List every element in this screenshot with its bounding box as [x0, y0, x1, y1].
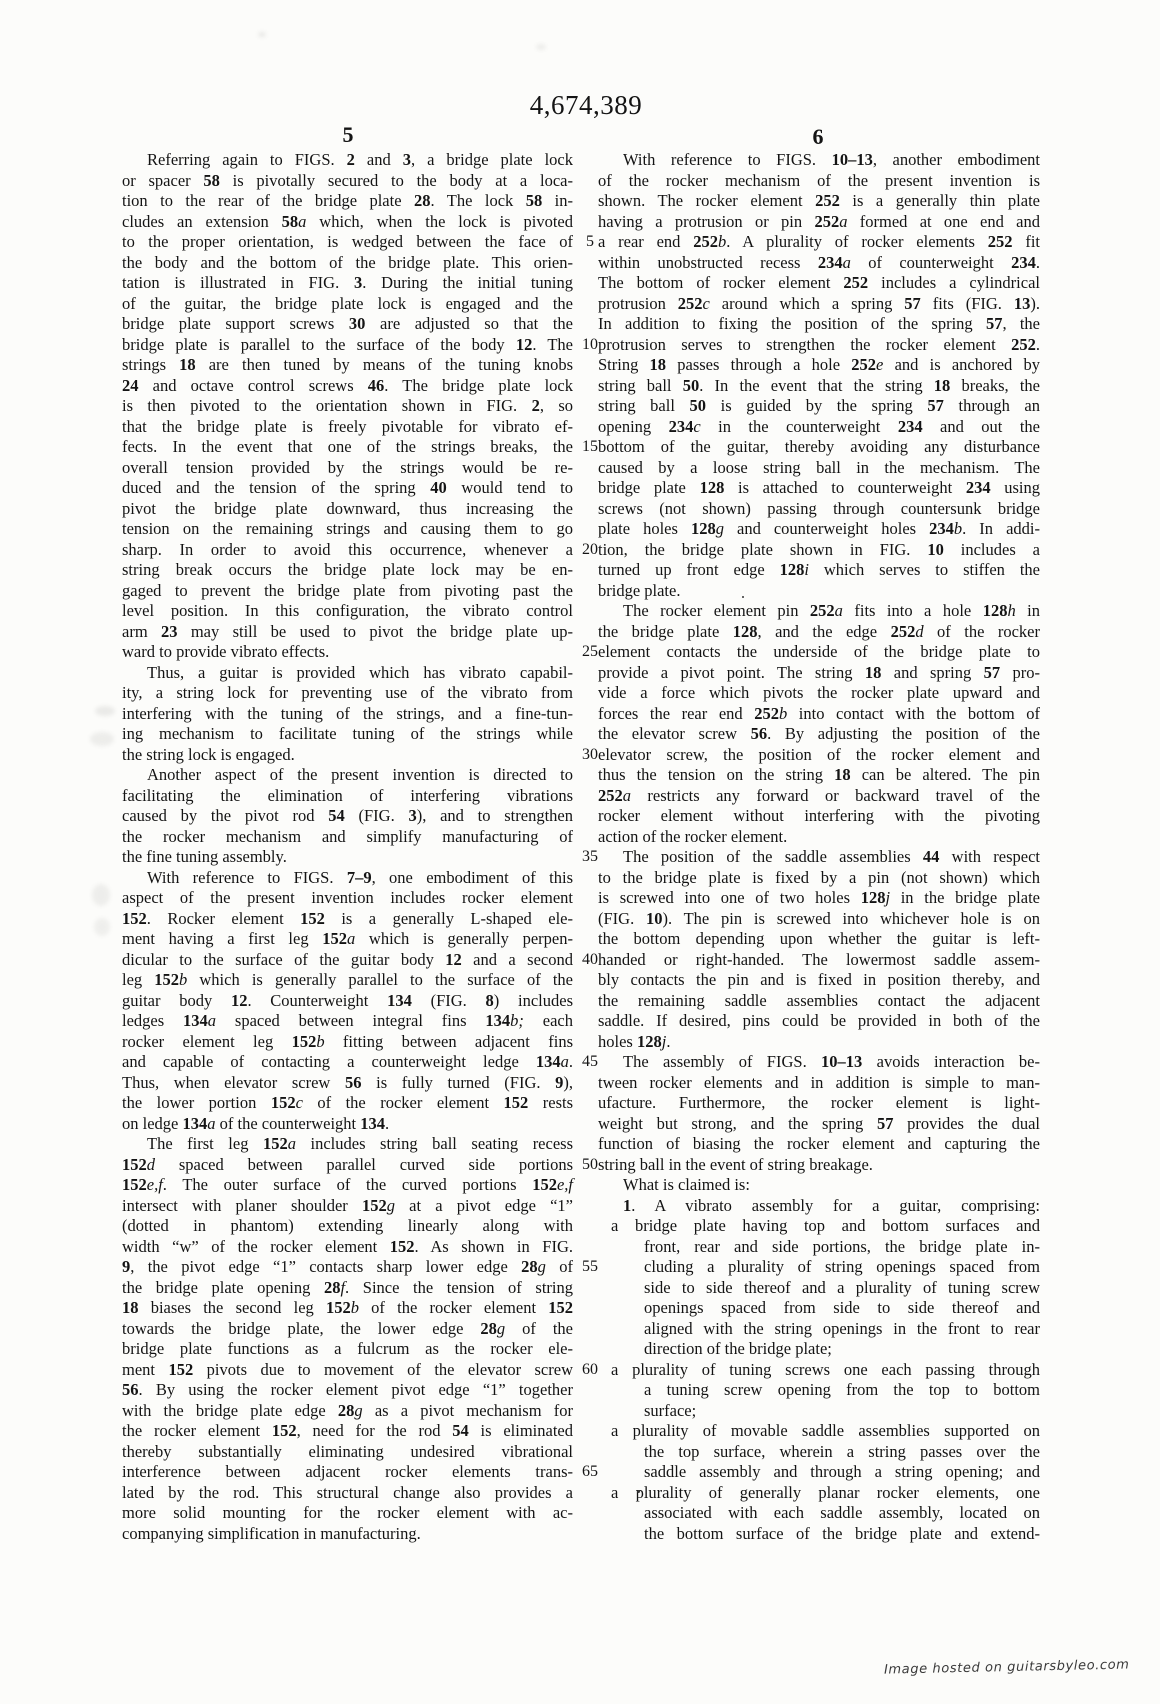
text-line: string ball in the event of string break… — [598, 1155, 1040, 1176]
text-line: gaged to prevent the bridge plate from p… — [122, 581, 573, 602]
text-line: on ledge 134a of the counterweight 134. — [122, 1114, 573, 1135]
text-line: the bridge plate opening 28f. Since the … — [122, 1278, 573, 1299]
text-line: (FIG. 10). The pin is screwed into which… — [598, 909, 1040, 930]
text-line: guitar body 12. Counterweight 134 (FIG. … — [122, 991, 573, 1012]
text-line: plate holes 128g and counterweight holes… — [598, 519, 1040, 540]
text-column-right: With reference to FIGS. 10–13, another e… — [598, 150, 1040, 1544]
text-line: 24 and octave control screws 46. The bri… — [122, 376, 573, 397]
scan-smudge — [95, 706, 115, 716]
text-line: function of biasing the rocker element a… — [598, 1134, 1040, 1155]
scan-smudge — [94, 918, 110, 936]
text-line: level position. In this configuration, t… — [122, 601, 573, 622]
scan-smudge — [258, 32, 266, 37]
text-line: of the guitar, the bridge plate lock is … — [122, 294, 573, 315]
text-line: bridge plate is parallel to the surface … — [122, 335, 573, 356]
text-line: the body and the bottom of the bridge pl… — [122, 253, 573, 274]
scan-smudge — [536, 44, 546, 50]
text-line: a plurality of movable saddle assemblies… — [598, 1421, 1040, 1442]
text-line: a plurality of tuning screws one each pa… — [598, 1360, 1040, 1381]
text-line: The rocker element pin 252a fits into a … — [598, 601, 1040, 622]
text-line: action of the rocker element. — [598, 827, 1040, 848]
text-line: rocker element without interfering with … — [598, 806, 1040, 827]
text-line: cludes an extension 58a which, when the … — [122, 212, 573, 233]
text-line: caused by a loose string ball in the mec… — [598, 458, 1040, 479]
text-line: the bottom depending upon whether the gu… — [598, 929, 1040, 950]
text-line: opening 234c in the counterweight 234 an… — [598, 417, 1040, 438]
text-line: the lower portion 152c of the rocker ele… — [122, 1093, 573, 1114]
text-line: surface; — [598, 1401, 1040, 1422]
text-line: sharp. In order to avoid this occurrence… — [122, 540, 573, 561]
text-line: bly contacts the pin and is fixed in pos… — [598, 970, 1040, 991]
text-line: the string lock is engaged. — [122, 745, 573, 766]
text-line: is screwed into one of two holes 128j in… — [598, 888, 1040, 909]
text-line: the top surface, wherein a string passes… — [598, 1442, 1040, 1463]
text-line: element contacts the underside of the br… — [598, 642, 1040, 663]
scan-smudge — [92, 884, 110, 906]
text-line: protrusion serves to strengthen the rock… — [598, 335, 1040, 356]
text-line: the remaining saddle assemblies contact … — [598, 991, 1040, 1012]
text-line: direction of the bridge plate; — [598, 1339, 1040, 1360]
text-line: a bridge plate having top and bottom sur… — [598, 1216, 1040, 1237]
text-line: thereby substantially eliminating undesi… — [122, 1442, 573, 1463]
text-line: the bridge plate 128, and the edge 252d … — [598, 622, 1040, 643]
text-line: Thus, when elevator screw 56 is fully tu… — [122, 1073, 573, 1094]
text-line: saddle. If desired, pins could be provid… — [598, 1011, 1040, 1032]
text-line: tation is illustrated in FIG. 3. During … — [122, 273, 573, 294]
text-line: Thus, a guitar is provided which has vib… — [122, 663, 573, 684]
text-line: weight but strong, and the spring 57 pro… — [598, 1114, 1040, 1135]
text-line: associated with each saddle assembly, lo… — [598, 1503, 1040, 1524]
scan-smudge — [90, 732, 114, 746]
text-line: strings 18 are then tuned by means of th… — [122, 355, 573, 376]
text-line: protrusion 252c around which a spring 57… — [598, 294, 1040, 315]
text-line: is then pivoted to the orientation shown… — [122, 396, 573, 417]
text-line: ment 152 pivots due to movement of the e… — [122, 1360, 573, 1381]
text-line: aligned with the string openings in the … — [598, 1319, 1040, 1340]
text-line: elevator screw, the position of the rock… — [598, 745, 1040, 766]
text-line: aspect of the present invention includes… — [122, 888, 573, 909]
text-line: provide a pivot point. The string 18 and… — [598, 663, 1040, 684]
text-line: 152d spaced between parallel curved side… — [122, 1155, 573, 1176]
stray-dot — [742, 596, 744, 598]
text-line: 252a restricts any forward or backward t… — [598, 786, 1040, 807]
text-line: 18 biases the second leg 152b of the roc… — [122, 1298, 573, 1319]
text-line: arm 23 may still be used to pivot the br… — [122, 622, 573, 643]
text-line: The assembly of FIGS. 10–13 avoids inter… — [598, 1052, 1040, 1073]
text-line: towards the bridge plate, the lower edge… — [122, 1319, 573, 1340]
text-line: thus the tension on the string 18 can be… — [598, 765, 1040, 786]
text-line: ledges 134a spaced between integral fins… — [122, 1011, 573, 1032]
text-line: duced and the tension of the spring 40 w… — [122, 478, 573, 499]
text-line: In addition to fixing the position of th… — [598, 314, 1040, 335]
text-line: interfering with the tuning of the strin… — [122, 704, 573, 725]
text-line: or spacer 58 is pivotally secured to the… — [122, 171, 573, 192]
text-line: The position of the saddle assemblies 44… — [598, 847, 1040, 868]
text-line: interference between adjacent rocker ele… — [122, 1462, 573, 1483]
text-line: string ball 50. In the event that the st… — [598, 376, 1040, 397]
text-line: leg 152b which is generally parallel to … — [122, 970, 573, 991]
text-line: With reference to FIGS. 10–13, another e… — [598, 150, 1040, 171]
text-line: facilitating the elimination of interfer… — [122, 786, 573, 807]
text-line: having a protrusion or pin 252a formed a… — [598, 212, 1040, 233]
text-line: forces the rear end 252b into contact wi… — [598, 704, 1040, 725]
text-line: of the rocker mechanism of the present i… — [598, 171, 1040, 192]
text-line: a rear end 252b. A plurality of rocker e… — [598, 232, 1040, 253]
text-line: tween rocker elements and in addition is… — [598, 1073, 1040, 1094]
text-line: vide a force which pivots the rocker pla… — [598, 683, 1040, 704]
text-line: 1. A vibrato assembly for a guitar, comp… — [598, 1196, 1040, 1217]
text-line: (dotted in phantom) extending linearly a… — [122, 1216, 573, 1237]
text-line: a tuning screw opening from the top to b… — [598, 1380, 1040, 1401]
text-line: bridge plate. — [598, 581, 1040, 602]
text-line: side to side thereof and a plurality of … — [598, 1278, 1040, 1299]
text-line: pivot the bridge plate downward, thus in… — [122, 499, 573, 520]
text-line: the fine tuning assembly. — [122, 847, 573, 868]
text-line: holes 128j. — [598, 1032, 1040, 1053]
text-line: ing mechanism to facilitate tuning of th… — [122, 724, 573, 745]
text-line: 56. By using the rocker element pivot ed… — [122, 1380, 573, 1401]
text-line: String 18 passes through a hole 252e and… — [598, 355, 1040, 376]
text-line: intersect with planer shoulder 152g at a… — [122, 1196, 573, 1217]
text-line: dicular to the surface of the guitar bod… — [122, 950, 573, 971]
text-line: caused by the pivot rod 54 (FIG. 3), and… — [122, 806, 573, 827]
text-line: Another aspect of the present invention … — [122, 765, 573, 786]
column-number-left: 5 — [343, 122, 354, 148]
text-line: overall tension provided by the strings … — [122, 458, 573, 479]
text-line: With reference to FIGS. 7–9, one embodim… — [122, 868, 573, 889]
text-line: the rocker mechanism and simplify manufa… — [122, 827, 573, 848]
text-line: and capable of contacting a counterweigh… — [122, 1052, 573, 1073]
text-line: tion to the rear of the bridge plate 28.… — [122, 191, 573, 212]
text-line: screws (not shown) passing through count… — [598, 499, 1040, 520]
text-line: shown. The rocker element 252 is a gener… — [598, 191, 1040, 212]
text-line: tension on the remaining strings and cau… — [122, 519, 573, 540]
text-line: with the bridge plate edge 28g as a pivo… — [122, 1401, 573, 1422]
text-line: The first leg 152a includes string ball … — [122, 1134, 573, 1155]
text-line: Referring again to FIGS. 2 and 3, a brid… — [122, 150, 573, 171]
patent-number: 4,674,389 — [530, 90, 643, 121]
text-line: openings spaced from side to side thereo… — [598, 1298, 1040, 1319]
text-line: 152e,f. The outer surface of the curved … — [122, 1175, 573, 1196]
text-line: front, rear and side portions, the bridg… — [598, 1237, 1040, 1258]
text-line: ment having a first leg 152a which is ge… — [122, 929, 573, 950]
text-line: a plurality of generally planar rocker e… — [598, 1483, 1040, 1504]
text-line: What is claimed is: — [598, 1175, 1040, 1196]
text-line: that the bridge plate is freely pivotabl… — [122, 417, 573, 438]
watermark: Image hosted on guitarsbyleo.com — [884, 1657, 1134, 1677]
text-line: the bottom surface of the bridge plate a… — [598, 1524, 1040, 1545]
text-line: ward to provide vibrato effects. — [122, 642, 573, 663]
text-line: string ball 50 is guided by the spring 5… — [598, 396, 1040, 417]
text-line: the rocker element 152, need for the rod… — [122, 1421, 573, 1442]
text-line: ufacture. Furthermore, the rocker elemen… — [598, 1093, 1040, 1114]
text-line: bridge plate 128 is attached to counterw… — [598, 478, 1040, 499]
text-line: lated by the rod. This structural change… — [122, 1483, 573, 1504]
text-line: handed or right-handed. The lowermost sa… — [598, 950, 1040, 971]
text-line: ity, a string lock for preventing use of… — [122, 683, 573, 704]
text-line: bottom of the guitar, thereby avoiding a… — [598, 437, 1040, 458]
text-column-left: Referring again to FIGS. 2 and 3, a brid… — [122, 150, 573, 1544]
text-line: 152. Rocker element 152 is a generally L… — [122, 909, 573, 930]
text-line: cluding a plurality of string openings s… — [598, 1257, 1040, 1278]
text-line: The bottom of rocker element 252 include… — [598, 273, 1040, 294]
text-line: the elevator screw 56. By adjusting the … — [598, 724, 1040, 745]
column-number-right: 6 — [813, 124, 824, 150]
text-line: width “w” of the rocker element 152. As … — [122, 1237, 573, 1258]
stray-dot — [637, 1490, 640, 1493]
text-line: 9, the pivot edge “1” contacts sharp low… — [122, 1257, 573, 1278]
text-line: string break occurs the bridge plate loc… — [122, 560, 573, 581]
patent-page: 4,674,389 5 6 Referring again to FIGS. 2… — [0, 0, 1160, 1704]
text-line: more solid mounting for the rocker eleme… — [122, 1503, 573, 1524]
text-line: fects. In the event that one of the stri… — [122, 437, 573, 458]
text-line: within unobstructed recess 234a of count… — [598, 253, 1040, 274]
text-line: rocker element leg 152b fitting between … — [122, 1032, 573, 1053]
text-line: bridge plate support screws 30 are adjus… — [122, 314, 573, 335]
text-line: bridge plate functions as a fulcrum as t… — [122, 1339, 573, 1360]
text-line: to the bridge plate is fixed by a pin (n… — [598, 868, 1040, 889]
text-line: saddle assembly and through a string ope… — [598, 1462, 1040, 1483]
text-line: turned up front edge 128i which serves t… — [598, 560, 1040, 581]
text-line: companying simplification in manufacturi… — [122, 1524, 573, 1545]
text-line: to the proper orientation, is wedged bet… — [122, 232, 573, 253]
text-line: tion, the bridge plate shown in FIG. 10 … — [598, 540, 1040, 561]
